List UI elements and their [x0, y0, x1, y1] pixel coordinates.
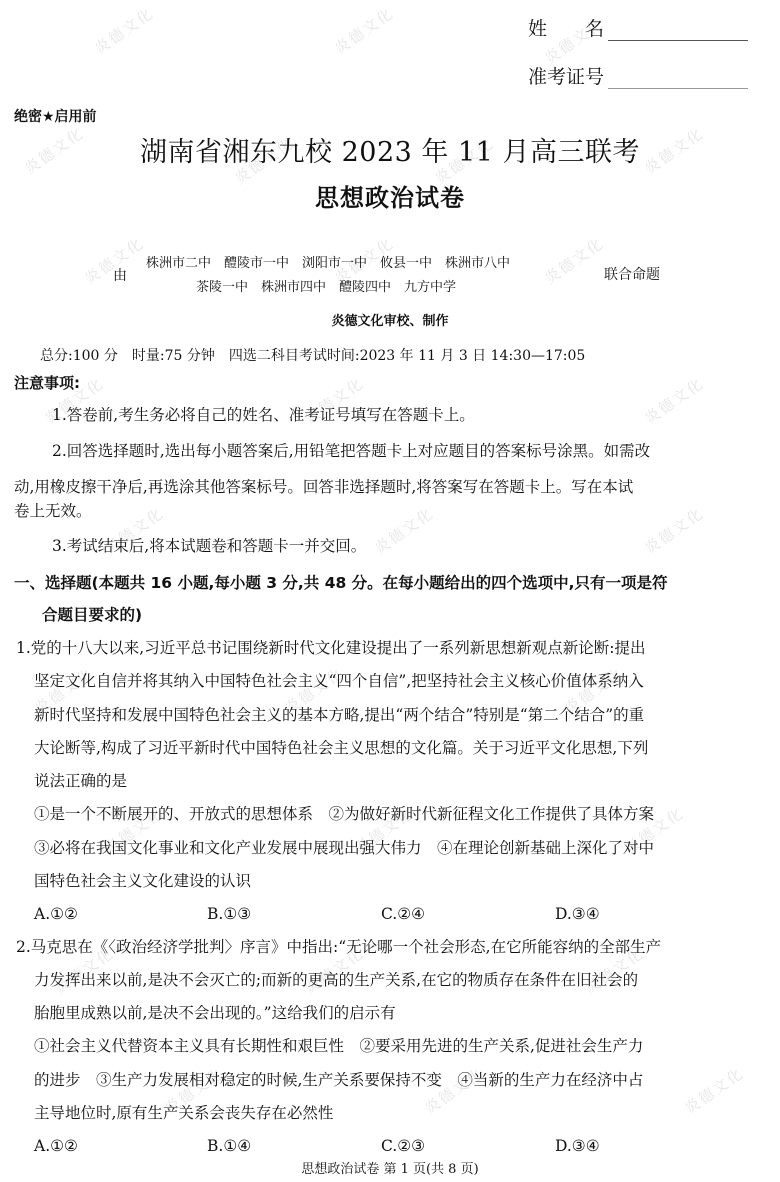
watermark: 炎德文化 — [330, 2, 398, 58]
exam-id-field[interactable]: 准考证号 — [528, 62, 748, 89]
watermark: 炎德文化 — [640, 372, 708, 428]
schools-row-1: 株洲市二中 醴陵市一中 浏阳市一中 攸县一中 株洲市八中 — [146, 252, 510, 271]
note-item: 1.答卷前,考生务必将自己的姓名、准考证号填写在答题卡上。 — [52, 405, 475, 425]
watermark: 炎德文化 — [90, 2, 158, 58]
question-line: 2.马克思在《〈政治经济学批判〉序言》中指出:“无论哪一个社会形态,在它所能容纳… — [16, 937, 661, 957]
statement-line: 主导地位时,原有生产关系会丧失存在必然性 — [34, 1103, 333, 1123]
option-b[interactable]: B.①③ — [207, 904, 251, 924]
option-d[interactable]: D.③④ — [555, 1136, 600, 1156]
section-heading-line-1: 一、选择题(本题共 16 小题,每小题 3 分,共 48 分。在每小题给出的四个… — [14, 573, 668, 593]
question-line: 说法正确的是 — [34, 771, 127, 791]
question-line: 胎胞里成熟以前,是决不会出现的。”这给我们的启示有 — [34, 1003, 396, 1023]
name-label: 姓 名 — [528, 18, 604, 40]
question-line: 1.党的十八大以来,习近平总书记围绕新时代文化建设提出了一系列新思想新观点新论断… — [16, 638, 645, 658]
option-c[interactable]: C.②④ — [381, 904, 425, 924]
section-heading-line-2: 合题目要求的) — [42, 605, 142, 625]
watermark: 炎德文化 — [640, 502, 708, 558]
option-b[interactable]: B.①④ — [207, 1136, 251, 1156]
joint-proposal-label: 联合命题 — [604, 264, 660, 284]
statement-line: ③必将在我国文化事业和文化产业发展中展现出强大伟力 ④在理论创新基础上深化了对中 — [34, 838, 654, 858]
statement-line: ①是一个不断展开的、开放式的思想体系 ②为做好新时代新征程文化工作提供了具体方案 — [34, 804, 654, 824]
producer-label: 炎德文化审校、制作 — [0, 310, 780, 329]
watermark: 炎德文化 — [370, 502, 438, 558]
note-item: 动,用橡皮擦干净后,再选涂其他答案标号。回答非选择题时,将答案写在答题卡上。写在… — [14, 477, 633, 497]
statement-line: ①社会主义代替资本主义具有长期性和艰巨性 ②要采用先进的生产关系,促进社会生产力 — [34, 1036, 643, 1056]
option-a[interactable]: A.①② — [34, 1136, 78, 1156]
page-footer: 思想政治试卷 第 1 页(共 8 页) — [0, 1158, 780, 1177]
name-input-line[interactable] — [608, 22, 748, 41]
option-c[interactable]: C.②③ — [381, 1136, 425, 1156]
statement-line: 的进步 ③生产力发展相对稳定的时候,生产关系要保持不变 ④当新的生产力在经济中占 — [34, 1070, 643, 1090]
question-line: 力发挥出来以前,是决不会灭亡的;而新的更高的生产关系,在它的物质存在条件在旧社会… — [34, 970, 638, 990]
option-d[interactable]: D.③④ — [555, 904, 600, 924]
exam-info: 总分:100 分 时量:75 分钟 四选二科目考试时间:2023 年 11 月 … — [40, 345, 585, 365]
question-line: 大论断等,构成了习近平新时代中国特色社会主义思想的文化篇。关于习近平文化思想,下… — [34, 738, 648, 758]
exam-id-input-line[interactable] — [608, 70, 748, 89]
schools-row-2: 茶陵一中 株洲市四中 醴陵四中 九方中学 — [196, 276, 456, 295]
watermark: 炎德文化 — [680, 1062, 748, 1118]
question-line: 坚定文化自信并将其纳入中国特色社会主义“四个自信”,把坚持社会主义核心价值体系纳… — [34, 671, 644, 691]
note-item: 2.回答选择题时,选出每小题答案后,用铅笔把答题卡上对应题目的答案标号涂黑。如需… — [52, 441, 650, 461]
note-item: 卷上无效。 — [14, 501, 92, 521]
option-a[interactable]: A.①② — [34, 904, 78, 924]
exam-title: 湖南省湘东九校 2023 年 11 月高三联考 — [0, 130, 780, 169]
name-field[interactable]: 姓 名 — [528, 14, 748, 41]
subject-title: 思想政治试卷 — [0, 178, 780, 213]
watermark: 炎德文化 — [540, 232, 608, 288]
exam-id-label: 准考证号 — [528, 66, 604, 88]
question-line: 新时代坚持和发展中国特色社会主义的基本方略,提出“两个结合”特别是“第二个结合”… — [34, 705, 644, 725]
note-item: 3.考试结束后,将本试题卷和答题卡一并交回。 — [52, 536, 366, 556]
confidential-mark: 绝密★启用前 — [14, 106, 97, 126]
notes-heading: 注意事项: — [14, 372, 80, 393]
statement-line: 国特色社会主义文化建设的认识 — [34, 871, 251, 891]
by-label: 由 — [113, 265, 127, 285]
